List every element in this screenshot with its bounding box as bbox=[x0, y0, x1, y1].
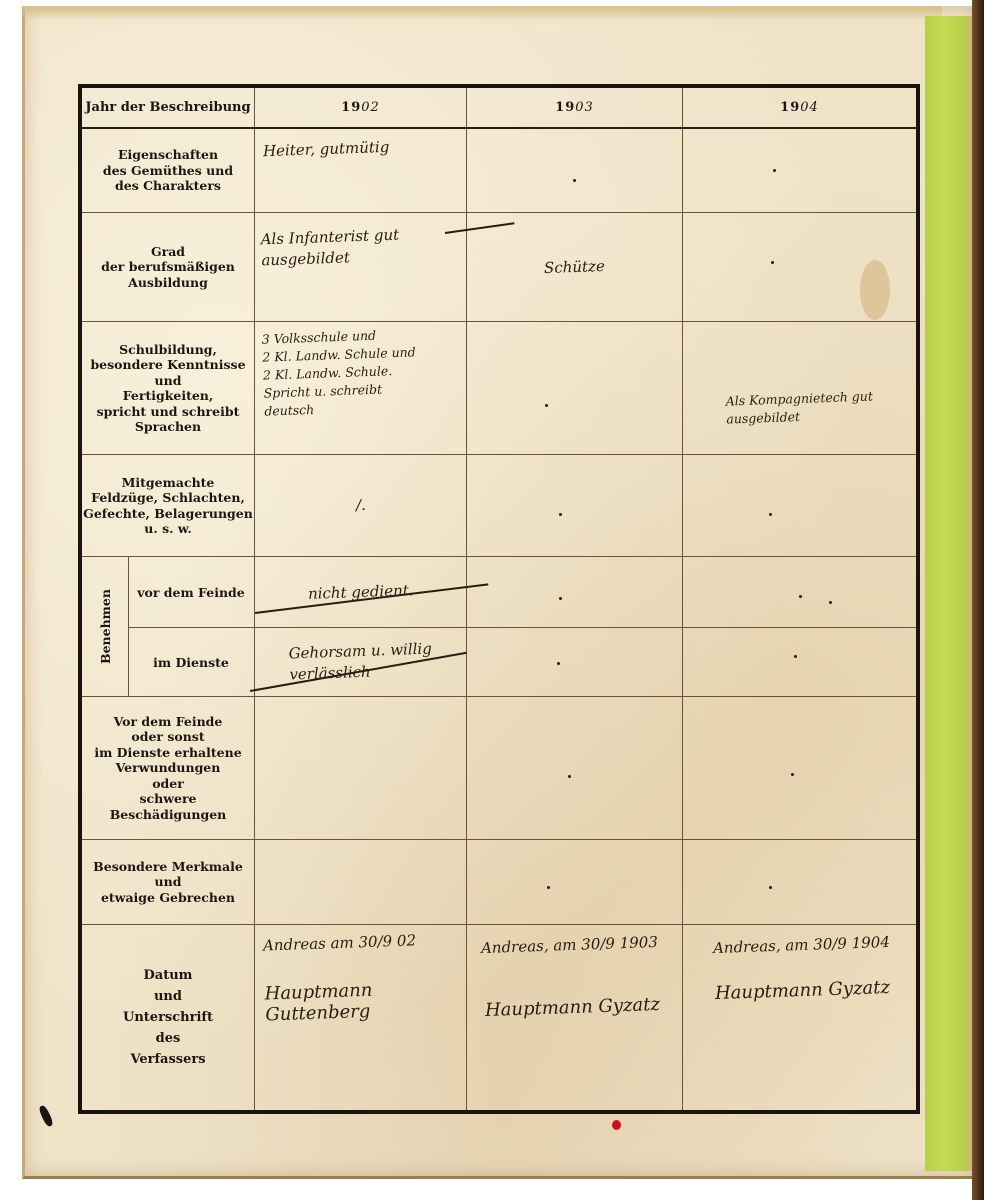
row-features: Besondere Merkmale und etwaige Gebrechen bbox=[82, 840, 916, 925]
header-year-1902: 1902 bbox=[255, 88, 467, 127]
entry-1903-dot bbox=[547, 886, 550, 889]
row-injuries: Vor dem Feinde oder sonst im Dienste erh… bbox=[82, 697, 916, 840]
year-printed: 19 bbox=[341, 100, 361, 115]
signature-1903: Hauptmann Gyzatz bbox=[485, 994, 661, 1021]
row-label: Grad der berufsmäßigen Ausbildung bbox=[101, 244, 235, 291]
signature-date-1904: Andreas, am 30/9 1904 bbox=[713, 932, 891, 959]
entry-1904-dot bbox=[794, 655, 797, 658]
entry-1903-dot bbox=[573, 179, 576, 182]
paper-worn-edge bbox=[22, 6, 942, 20]
entry-1902: /. bbox=[355, 495, 366, 516]
year-handwritten: 04 bbox=[800, 100, 819, 115]
entry-1902: Als Infanterist gut ausgebildet bbox=[260, 225, 400, 272]
year-printed: 19 bbox=[555, 100, 575, 115]
header-year-1904: 1904 bbox=[683, 88, 916, 127]
signature-date-1903: Andreas, am 30/9 1903 bbox=[481, 932, 659, 959]
row-education: Schulbildung, besondere Kenntnisse und F… bbox=[82, 322, 916, 455]
row-character: Eigenschaften des Gemüthes und des Chara… bbox=[82, 129, 916, 213]
signature-1904: Hauptmann Gyzatz bbox=[715, 977, 891, 1004]
entry-1904: Als Kompagnietech gut ausgebildet bbox=[725, 387, 873, 428]
entry-1902-enemy: nicht gedient. bbox=[307, 580, 413, 605]
header-year-1903: 1903 bbox=[467, 88, 683, 127]
green-binding-strip bbox=[925, 16, 977, 1171]
entry-1903-dot bbox=[559, 513, 562, 516]
row-label: Datum und Unterschrift des Verfassers bbox=[123, 965, 213, 1070]
entry-1904-dot bbox=[773, 169, 776, 172]
entry-1903: Schütze bbox=[544, 255, 606, 278]
conduct-sub-enemy-label: vor dem Feinde bbox=[128, 557, 254, 628]
entry-1903-dot bbox=[557, 662, 560, 665]
entry-1903-dot bbox=[545, 404, 548, 407]
signature-1902: Hauptmann Guttenberg bbox=[264, 977, 466, 1026]
table-header-row: Jahr der Beschreibung 1902 1903 1904 bbox=[82, 88, 916, 129]
row-campaigns: Mitgemachte Feldzüge, Schlachten, Gefech… bbox=[82, 455, 916, 557]
entry-1902: Heiter, gutmütig bbox=[263, 137, 390, 162]
year-printed: 19 bbox=[780, 100, 800, 115]
row-signature: Datum und Unterschrift des Verfassers An… bbox=[82, 925, 916, 1110]
entry-1904-dot bbox=[791, 773, 794, 776]
entry-1903-dot bbox=[568, 775, 571, 778]
conduct-sub-duty-label: im Dienste bbox=[128, 627, 254, 697]
row-label: Eigenschaften des Gemüthes und des Chara… bbox=[103, 147, 233, 194]
year-handwritten: 03 bbox=[575, 100, 594, 115]
entry-1904-dot bbox=[799, 595, 802, 598]
conduct-group-label: Benehmen bbox=[82, 557, 129, 696]
row-label: Besondere Merkmale und etwaige Gebrechen bbox=[93, 859, 243, 906]
entry-1903-dot bbox=[559, 597, 562, 600]
entry-1904-dot bbox=[829, 601, 832, 604]
book-spine bbox=[972, 0, 984, 1200]
entry-1902: 3 Volksschule und 2 Kl. Landw. Schule un… bbox=[261, 325, 417, 420]
red-ink-spot bbox=[612, 1120, 621, 1130]
row-label: Mitgemachte Feldzüge, Schlachten, Gefech… bbox=[83, 475, 253, 537]
signature-date-1902: Andreas am 30/9 02 bbox=[263, 930, 417, 956]
entry-1904-dot bbox=[771, 261, 774, 264]
row-label: Schulbildung, besondere Kenntnisse und F… bbox=[90, 342, 245, 435]
entry-1904-dot bbox=[769, 513, 772, 516]
row-training: Grad der berufsmäßigen Ausbildung Als In… bbox=[82, 213, 916, 322]
row-label: Vor dem Feinde oder sonst im Dienste erh… bbox=[82, 714, 254, 823]
row-conduct: Benehmen vor dem Feinde im Dienste nicht… bbox=[82, 557, 916, 697]
entry-1904-dot bbox=[769, 886, 772, 889]
foxing-stain bbox=[860, 260, 890, 320]
year-handwritten: 02 bbox=[361, 100, 380, 115]
header-label: Jahr der Beschreibung bbox=[85, 100, 250, 116]
header-label-cell: Jahr der Beschreibung bbox=[82, 88, 255, 127]
